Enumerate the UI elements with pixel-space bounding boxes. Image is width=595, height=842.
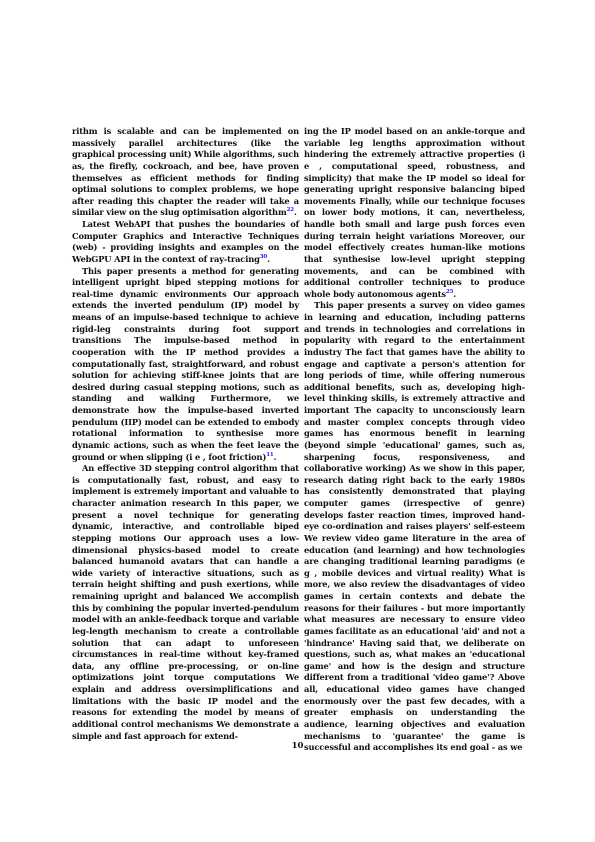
paragraph-text: rithm is scalable and can be implemented… — [72, 126, 299, 217]
paragraph-tail: . — [294, 207, 297, 217]
paragraph-text: This paper presents a survey on video ga… — [304, 300, 525, 752]
citation-link[interactable]: 30 — [260, 254, 267, 260]
paragraph: This paper presents a survey on video ga… — [304, 300, 525, 753]
paragraph-text: This paper presents a method for generat… — [72, 266, 299, 462]
page-number: 10 — [0, 741, 595, 751]
citation-link[interactable]: 22 — [287, 208, 294, 214]
paragraph: rithm is scalable and can be implemented… — [72, 126, 299, 219]
citation-link[interactable]: 11 — [266, 452, 273, 458]
paragraph-tail: . — [274, 452, 277, 462]
paragraph: An effective 3D stepping control algorit… — [72, 463, 299, 742]
paragraph-tail: . — [453, 289, 456, 299]
paragraph-text: ing the IP model based on an ankle-torqu… — [304, 126, 525, 299]
paragraph: Latest WebAPI that pushes the boundaries… — [72, 219, 299, 266]
paragraph-tail: . — [267, 254, 270, 264]
right-column: ing the IP model based on an ankle-torqu… — [304, 126, 525, 754]
paper-page: rithm is scalable and can be implemented… — [0, 0, 595, 842]
paragraph-text: An effective 3D stepping control algorit… — [72, 463, 299, 740]
paragraph: ing the IP model based on an ankle-torqu… — [304, 126, 525, 300]
paragraph: This paper presents a method for generat… — [72, 266, 299, 464]
left-column: rithm is scalable and can be implemented… — [72, 126, 299, 742]
